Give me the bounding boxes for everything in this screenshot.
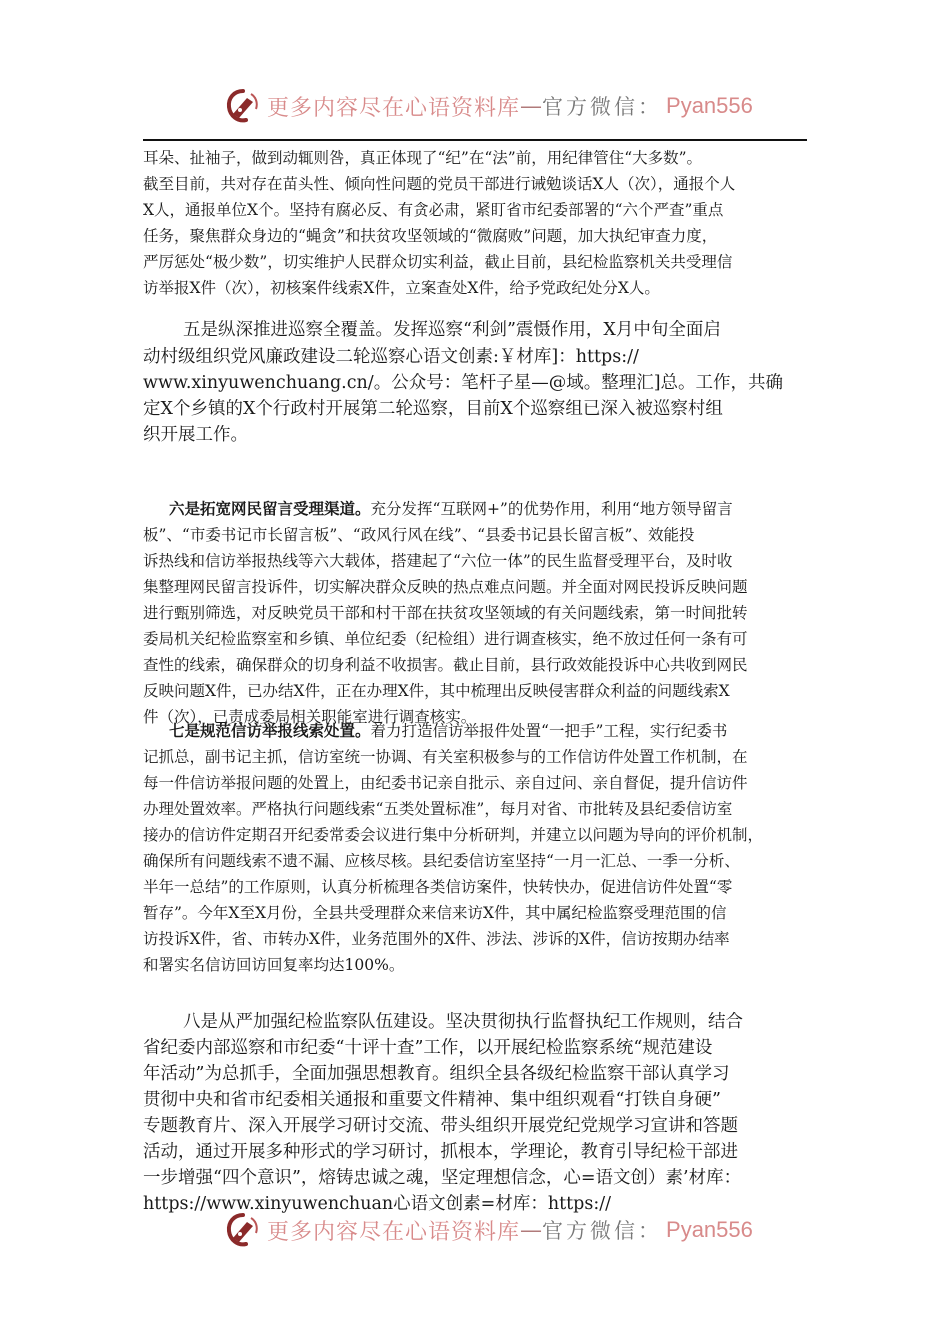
- wechat-id: Pyan556: [666, 93, 753, 119]
- wechat-label: 官方微信：: [542, 91, 662, 121]
- banner-dash: —: [520, 1218, 542, 1243]
- text-line: 活动，通过开展多种形式的学习研讨，抓根本，学理论，教育引导纪检干部进: [143, 1142, 738, 1162]
- brand-text: 更多内容尽在心语资料库: [267, 1215, 520, 1246]
- pen-nib-logo-icon: [225, 1212, 261, 1248]
- section-heading: 六是拓宽网民留言受理渠道。: [169, 500, 371, 518]
- text-line: 和署实名信访回访回复率均达100%。: [143, 955, 404, 975]
- footer-banner: 更多内容尽在心语资料库 — 官方微信： Pyan556: [225, 1208, 753, 1252]
- text-line: 确保所有问题线索不遗不漏、应核尽核。县纪委信访室坚持“一月一汇总、一季一分析、: [143, 851, 740, 871]
- text-run: 着力打造信访举报件处置“一把手”工程，实行纪委书: [371, 722, 728, 740]
- text-line: 专题教育片、深入开展学习研讨交流、带头组织开展党纪党规学习宣讲和答题: [143, 1116, 738, 1136]
- wechat-id: Pyan556: [666, 1217, 753, 1243]
- banner-dash: —: [520, 94, 542, 119]
- section-heading: 七是规范信访举报线索处置。: [169, 722, 371, 740]
- text-line: 五是纵深推进巡察全覆盖。发挥巡察“利剑”震慑作用，X月中旬全面启: [183, 320, 721, 340]
- text-line: 年活动”为总抓手，全面加强思想教育。组织全县各级纪检监察干部认真学习: [143, 1064, 729, 1084]
- text-line: 诉热线和信访举报热线等六大载体，搭建起了“六位一体”的民生监督受理平台，及时收: [143, 551, 732, 571]
- text-run: 充分发挥“互联网+”的优势作用，利用“地方领导留言: [371, 500, 733, 518]
- text-line: 一步增强“四个意识”，熔铸忠诚之魂，坚定理想信念，心=语文创）素’材库：: [143, 1168, 741, 1188]
- text-line: 动村级组织党风廉政建设二轮巡察心语文创素:￥材库]：https://: [143, 347, 639, 367]
- text-line: 办理处置效率。严格执行问题线索“五类处置标准”，每月对省、市批转及县纪委信访室: [143, 799, 732, 819]
- text-line: 八是从严加强纪检监察队伍建设。坚决贯彻执行监督执纪工作规则，结合: [183, 1012, 743, 1032]
- text-line: 省纪委内部巡察和市纪委“十评十查”工作，以开展纪检监察系统“规范建设: [143, 1038, 712, 1058]
- text-line: www.xinyuwenchuang.cn/。公众号：笔杆子星—@域。整理汇]总…: [143, 373, 783, 393]
- header-banner: 更多内容尽在心语资料库 — 官方微信： Pyan556: [225, 84, 753, 128]
- text-line: 访举报X件（次），初核案件线索X件，立案查处X件，给予党政纪处分X人。: [143, 278, 660, 298]
- text-line: 半年一总结”的工作原则，认真分析梳理各类信访案件，快转快办，促进信访件处置“零: [143, 877, 732, 897]
- text-line: 暂存”。今年X至X月份，全县共受理群众来信来访X件，其中属纪检监察受理范围的信: [143, 903, 727, 923]
- wechat-label: 官方微信：: [542, 1215, 662, 1245]
- text-line: 严厉惩处“极少数”，切实维护人民群众切实利益，截止目前，县纪检监察机关共受理信: [143, 252, 732, 272]
- text-line: 耳朵、扯袖子，做到动辄则咎，真正体现了“纪”在“法”前，用纪律管住“大多数”。: [143, 148, 702, 168]
- text-line: 贯彻中央和省市纪委相关通报和重要文件精神、集中组织观看“打铁自身硬”: [143, 1090, 721, 1110]
- text-line: 任务，聚焦群众身边的“蝇贪”和扶贫攻坚领域的“微腐败”问题，加大执纪审查力度，: [143, 226, 717, 246]
- text-line: 接办的信访件定期召开纪委常委会议进行集中分析研判，并建立以问题为导向的评价机制，: [143, 825, 763, 845]
- text-line: 访投诉X件，省、市转办X件，业务范围外的X件、涉法、涉诉的X件，信访按期办结率: [143, 929, 730, 949]
- text-line: 查性的线索，确保群众的切身利益不收损害。截止目前，县行政效能投诉中心共收到网民: [143, 655, 748, 675]
- header-divider: [143, 139, 807, 141]
- text-line: 六是拓宽网民留言受理渠道。充分发挥“互联网+”的优势作用，利用“地方领导留言: [169, 499, 733, 519]
- brand-text: 更多内容尽在心语资料库: [267, 91, 520, 122]
- text-line: 反映问题X件，已办结X件，正在办理X件，其中梳理出反映侵害群众利益的问题线索X: [143, 681, 730, 701]
- text-line: 织开展工作。: [143, 425, 248, 445]
- text-line: 截至目前，共对存在苗头性、倾向性问题的党员干部进行诫勉谈话X人（次），通报个人: [143, 174, 735, 194]
- text-line: X人，通报单位X个。坚持有腐必反、有贪必肃，紧盯省市纪委部署的“六个严查”重点: [143, 200, 723, 220]
- text-line: 委局机关纪检监察室和乡镇、单位纪委（纪检组）进行调查核实，绝不放过任何一条有可: [143, 629, 748, 649]
- text-line: 板”、“市委书记市长留言板”、“政风行风在线”、“县委书记县长留言板”、效能投: [143, 525, 694, 545]
- text-line: 定X个乡镇的X个行政村开展第二轮巡察，目前X个巡察组已深入被巡察村组: [143, 399, 723, 419]
- text-line: 每一件信访举报问题的处置上，由纪委书记亲自批示、亲自过问、亲自督促，提升信访件: [143, 773, 748, 793]
- pen-nib-logo-icon: [225, 88, 261, 124]
- text-line: 七是规范信访举报线索处置。着力打造信访举报件处置“一把手”工程，实行纪委书: [169, 721, 727, 741]
- text-line: 集整理网民留言投诉件，切实解决群众反映的热点难点问题。并全面对网民投诉反映问题: [143, 577, 748, 597]
- text-line: 进行甄别筛选，对反映党员干部和村干部在扶贫攻坚领域的有关问题线索，第一时间批转: [143, 603, 748, 623]
- text-line: 记抓总，副书记主抓，信访室统一协调、有关室积极参与的工作信访件处置工作机制，在: [143, 747, 748, 767]
